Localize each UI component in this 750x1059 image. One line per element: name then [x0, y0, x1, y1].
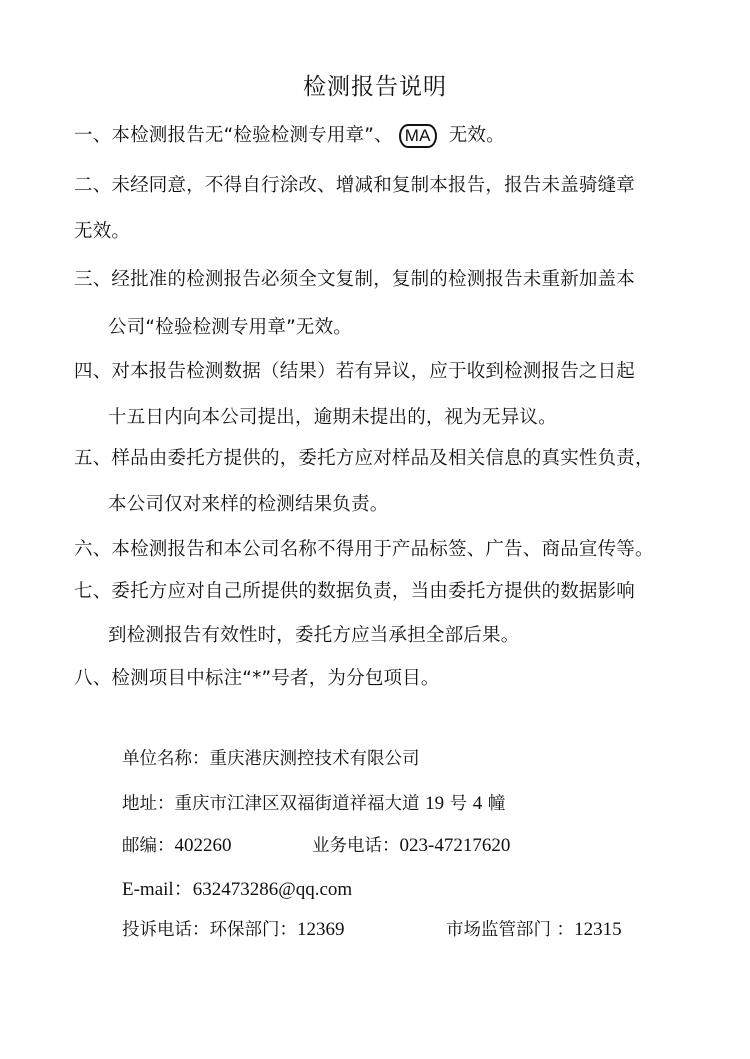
clause-7-line-2: 到检测报告有效性时，委托方应当承担全部后果。	[108, 621, 519, 647]
postcode-row: 邮编：402260	[122, 832, 232, 857]
business-phone-row: 业务电话：023-47217620	[312, 832, 510, 857]
clause-6: 六、本检测报告和本公司名称不得用于产品标签、广告、商品宣传等。	[74, 535, 654, 561]
address-row: 地址：重庆市江津区双福街道祥福大道 19 号 4 幢	[122, 790, 505, 815]
clause-5-line-2: 本公司仅对来样的检测结果负责。	[108, 490, 389, 516]
env-phone: 12369	[297, 919, 345, 940]
clause-4-line-1: 四、对本报告检测数据（结果）若有异议，应于收到检测报告之日起	[74, 357, 635, 383]
company-name-row: 单位名称：重庆港庆测控技术有限公司	[122, 745, 420, 770]
market-phone: 12315	[574, 919, 622, 940]
cma-mark-icon: MA	[399, 124, 437, 148]
clause-2-line-1: 二、未经同意，不得自行涂改、增减和复制本报告，报告未盖骑缝章	[74, 171, 635, 197]
complaint-phone-row: 投诉电话：环保部门：12369	[122, 916, 345, 941]
email-address: 632473286@qq.com	[193, 879, 352, 900]
postcode: 402260	[175, 835, 232, 856]
clause-3-line-1: 三、经批准的检测报告必须全文复制，复制的检测报告未重新加盖本	[74, 265, 635, 291]
business-phone: 023-47217620	[400, 835, 511, 856]
clause-5-line-1: 五、样品由委托方提供的，委托方应对样品及相关信息的真实性负责，	[74, 444, 654, 470]
page-title: 检测报告说明	[0, 68, 750, 101]
clause-8: 八、检测项目中标注“*”号者，为分包项目。	[74, 664, 440, 690]
clause-2-line-2: 无效。	[74, 217, 130, 243]
clause-3-line-2: 公司“检验检测专用章”无效。	[108, 313, 352, 339]
company-name: 重庆港庆测控技术有限公司	[210, 749, 420, 769]
clause-1: 一、本检测报告无“检验检测专用章”、MA无效。	[74, 121, 505, 148]
email-row: E-mail：632473286@qq.com	[122, 874, 352, 901]
clause-7-line-1: 七、委托方应对自己所提供的数据负责，当由委托方提供的数据影响	[74, 577, 635, 603]
clause-4-line-2: 十五日内向本公司提出，逾期未提出的，视为无异议。	[108, 403, 557, 429]
market-phone-row: 市场监管部门 ：12315	[446, 916, 622, 941]
